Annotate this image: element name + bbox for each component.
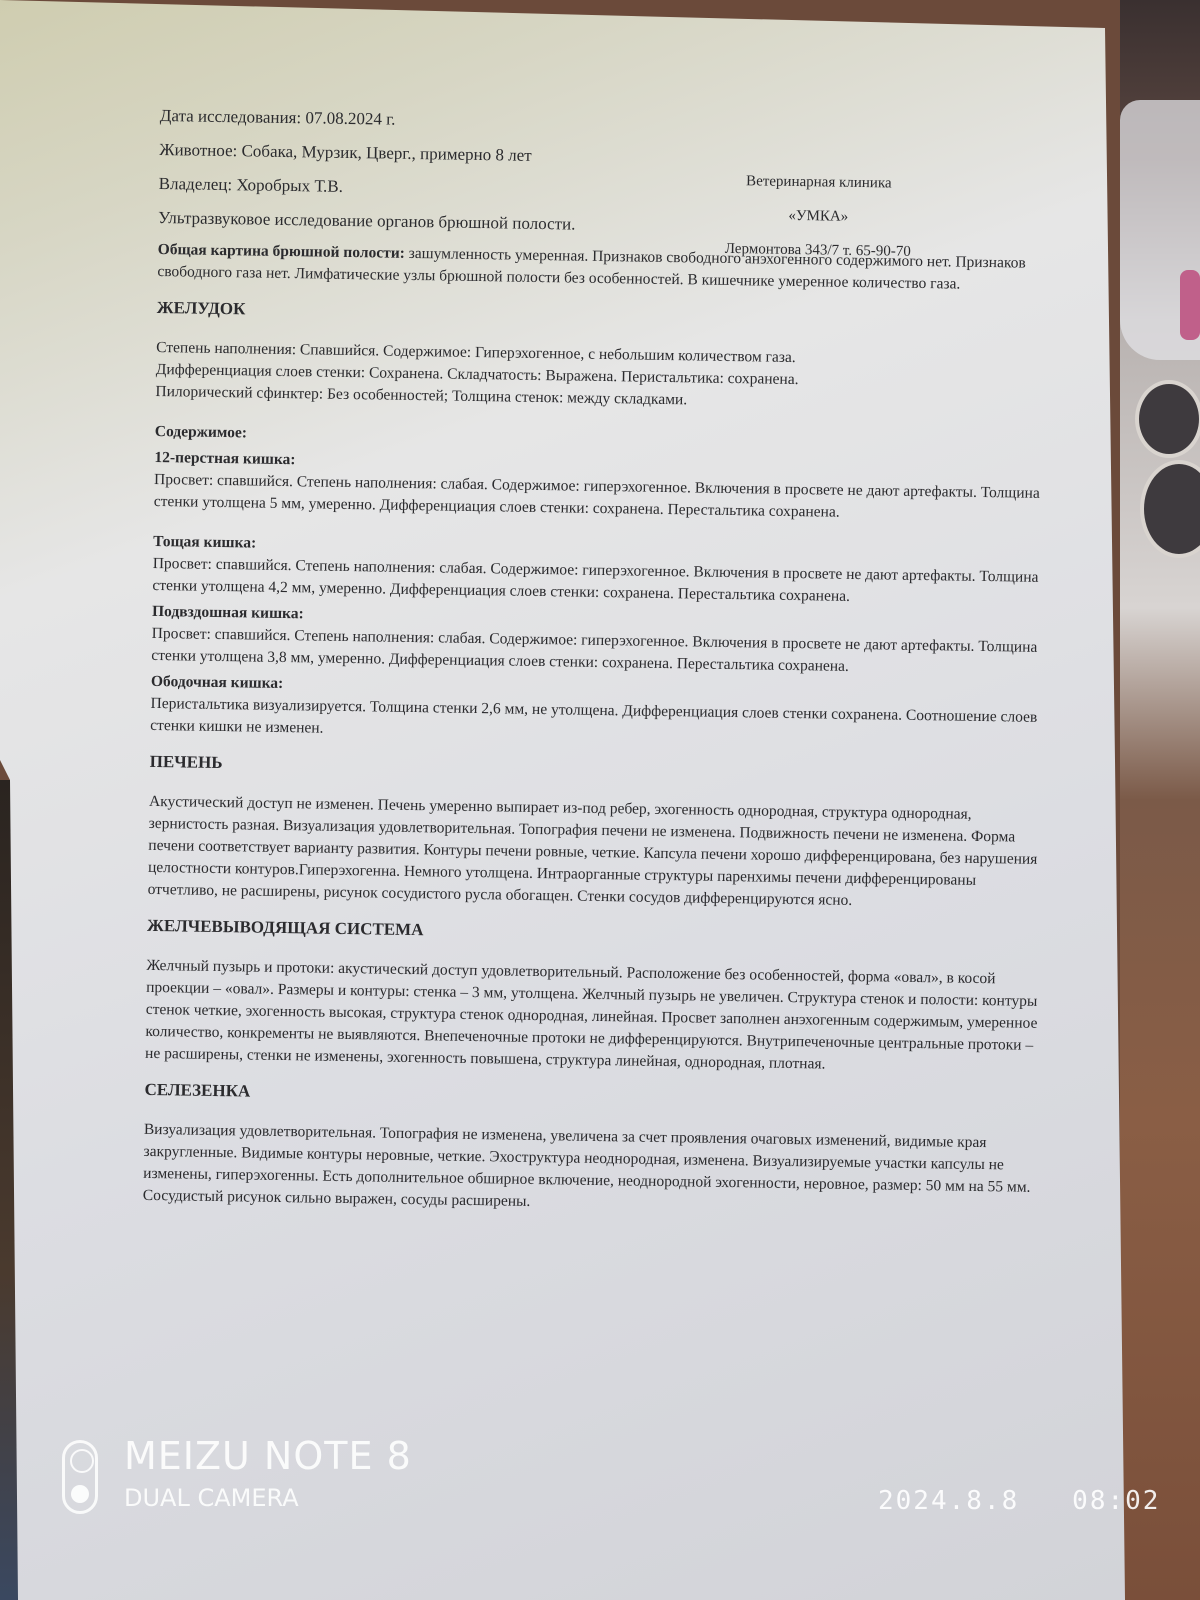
general-label: Общая картина брюшной полости: <box>158 241 405 262</box>
exam-date: Дата исследования: 07.08.2024 г. <box>160 105 1060 141</box>
biliary-text: Желчный пузырь и протоки: акустический д… <box>145 955 1047 1079</box>
report-document: Дата исследования: 07.08.2024 г. Животно… <box>143 105 1060 1231</box>
section-heading-biliary: ЖЕЛЧЕВЫВОДЯЩАЯ СИСТЕМА <box>147 915 1047 951</box>
clinic-block: Ветеринарная клиника «УМКА» Лермонтова 3… <box>698 163 940 269</box>
watermark-sub: DUAL CAMERA <box>124 1484 299 1512</box>
paw-print-pattern <box>1135 380 1200 458</box>
liver-text: Акустический доступ не изменен. Печень у… <box>147 791 1049 915</box>
clinic-address: Лермонтова 343/7 т. 65-90-70 <box>698 231 939 269</box>
clinic-type: Ветеринарная клиника <box>699 163 940 201</box>
report-paper: Дата исследования: 07.08.2024 г. Животно… <box>0 0 1125 1600</box>
section-heading-liver: ПЕЧЕНЬ <box>150 751 1050 787</box>
watermark-model: MEIZU NOTE 8 <box>124 1434 412 1478</box>
pink-object <box>1180 270 1200 340</box>
spleen-text: Визуализация удовлетворительная. Топогра… <box>143 1119 1044 1221</box>
dual-camera-icon <box>62 1440 98 1514</box>
clinic-name: «УМКА» <box>698 197 939 235</box>
photo-timestamp: 2024.8.8 08:02 <box>878 1486 1160 1516</box>
section-heading-spleen: СЕЛЕЗЕНКА <box>144 1079 1044 1115</box>
section-heading-stomach: ЖЕЛУДОК <box>157 297 1057 333</box>
